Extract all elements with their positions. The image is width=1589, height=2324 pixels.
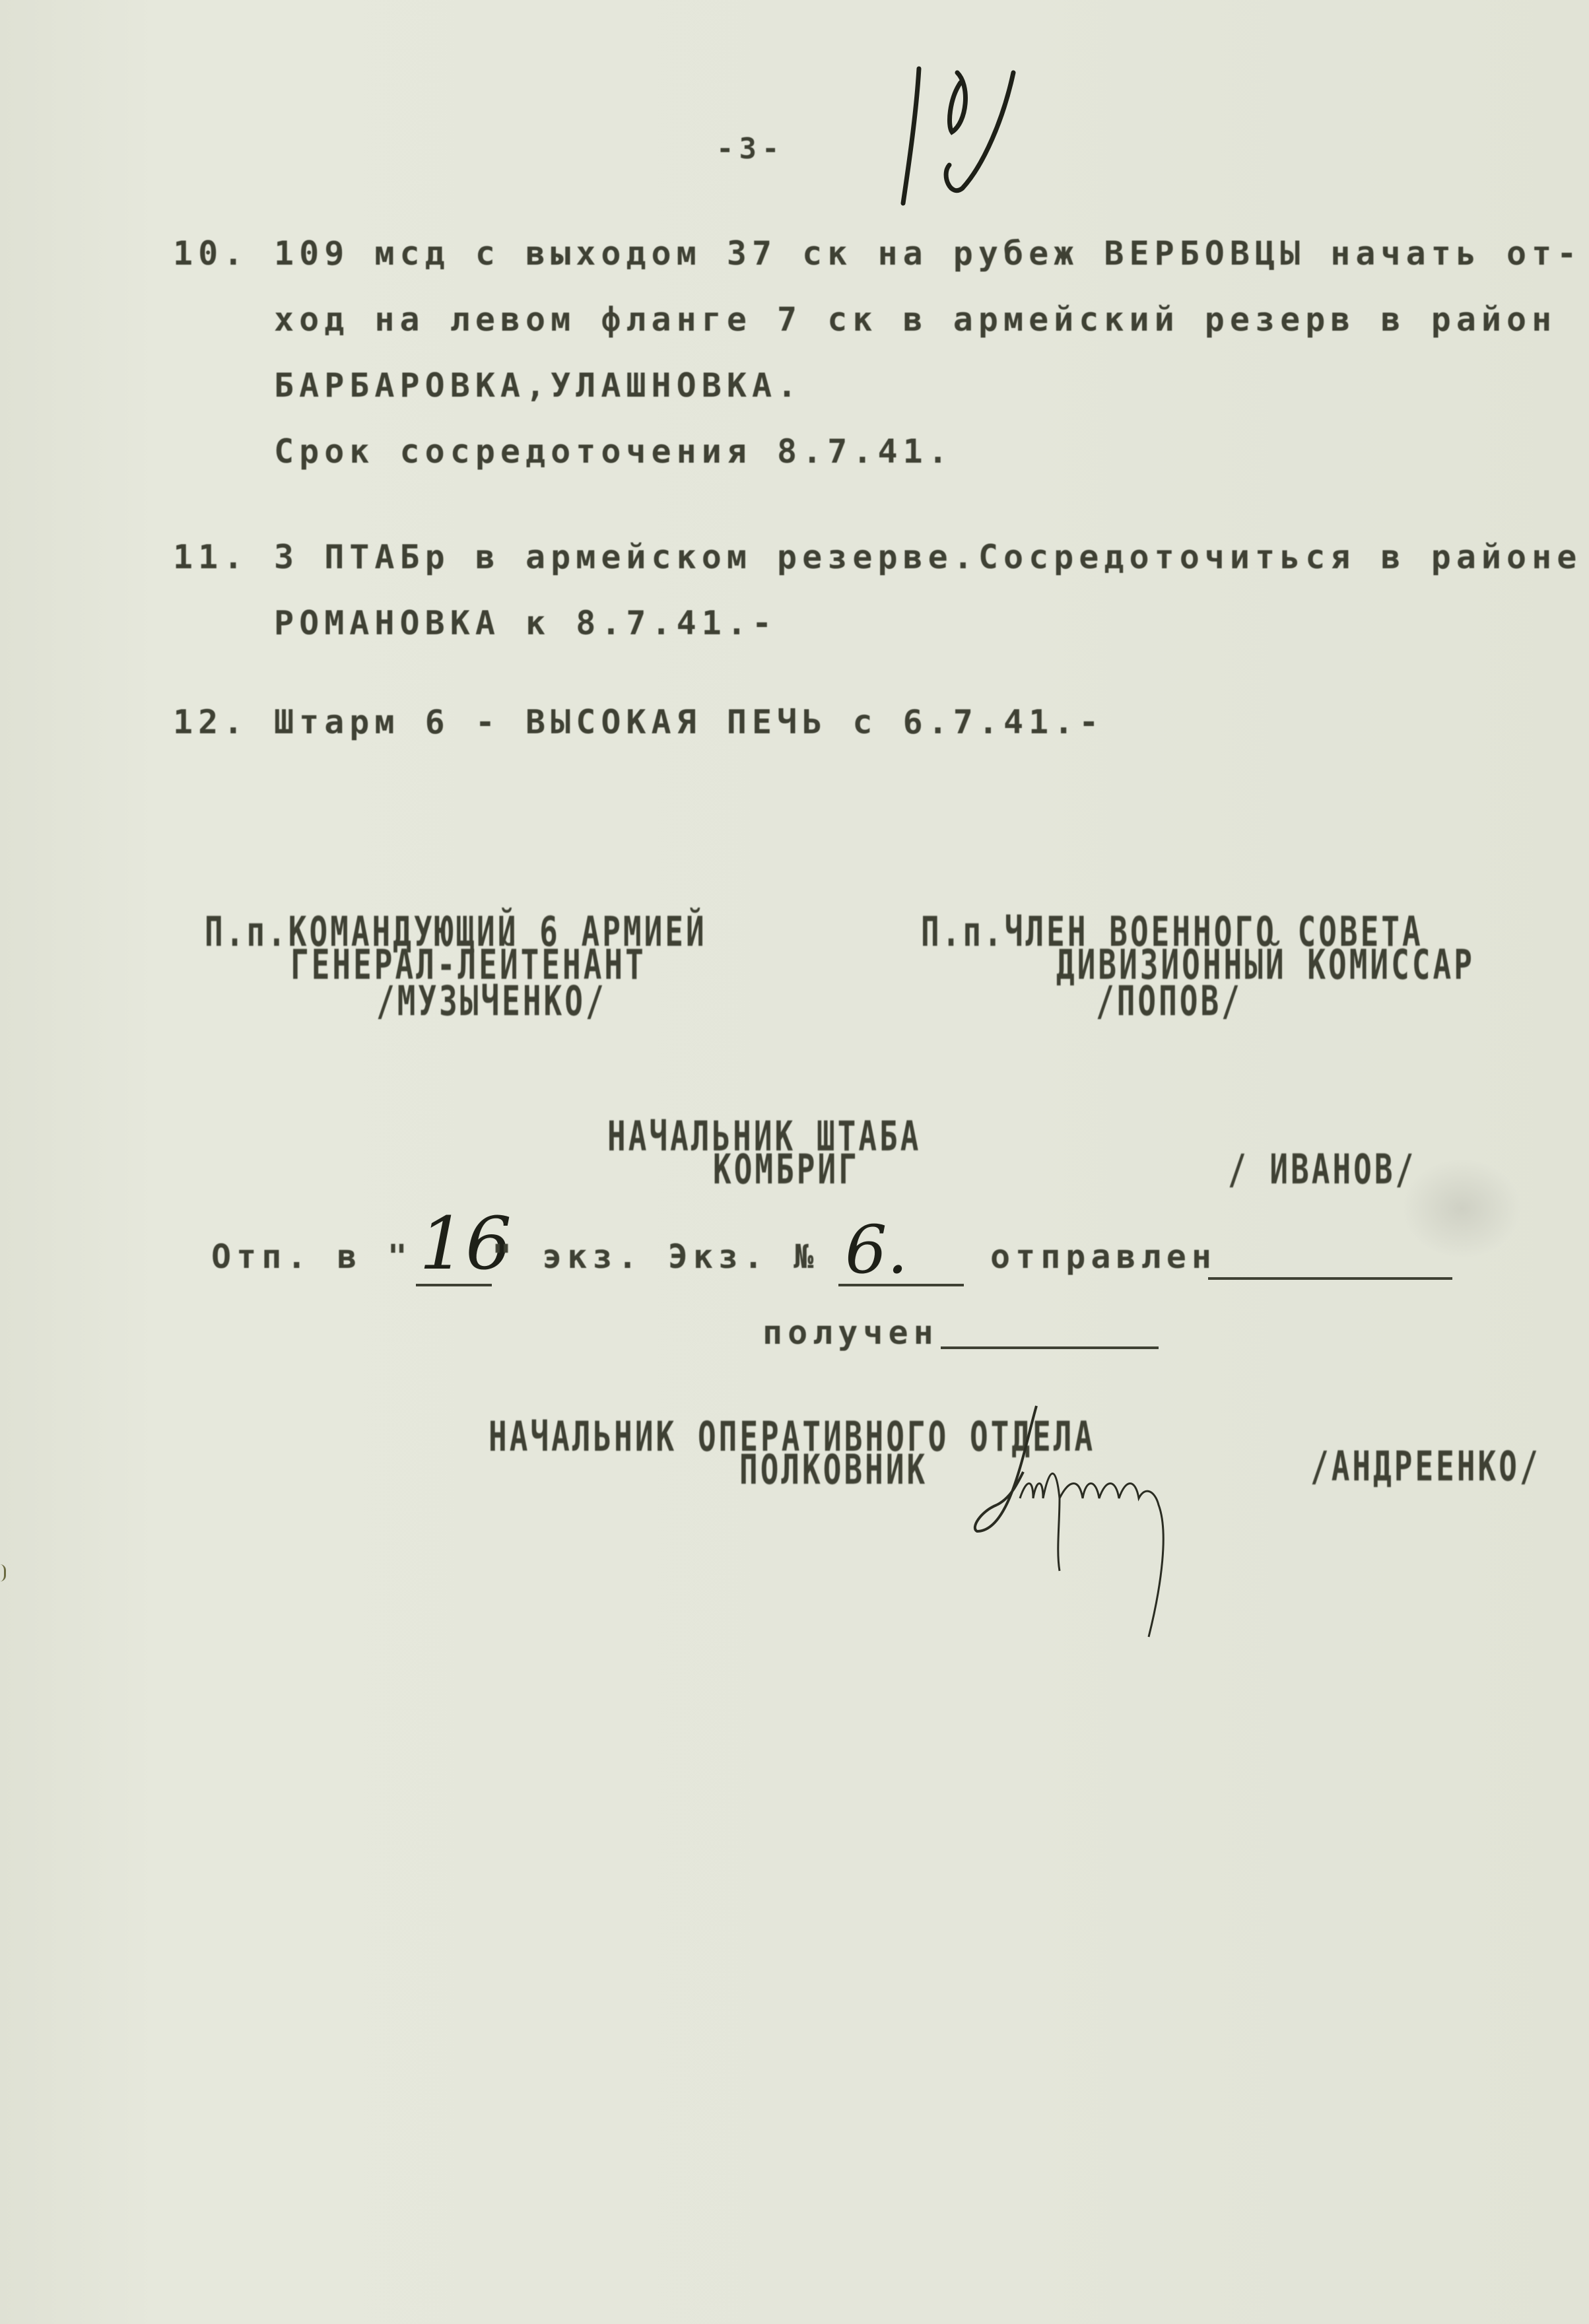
- copy-number-handwritten: 6.: [845, 1211, 908, 1288]
- item-10-line-1: 109 мсд с выходом 37 ск на рубеж ВЕРБОВЦ…: [274, 234, 1582, 273]
- item-11-number: 11.: [173, 538, 248, 576]
- sent-label: отправлен: [990, 1238, 1217, 1276]
- handwritten-signature: [951, 1399, 1320, 1650]
- edge-mark: [0, 1564, 6, 1581]
- received-label: получен: [762, 1313, 939, 1352]
- page-marker: -3-: [716, 132, 784, 166]
- item-12-line-1: Штарм 6 - ВЫСОКАЯ ПЕЧЬ с 6.7.41.-: [274, 703, 1104, 741]
- copy-number-underline: [838, 1284, 964, 1286]
- distribution-mid: " экз. Экз. №: [492, 1238, 819, 1276]
- chief-of-staff-title-2: КОМБРИГ: [713, 1145, 860, 1193]
- ops-chief-name: /АНДРЕЕНКО/: [1310, 1442, 1541, 1490]
- sheet-number-handwritten: [878, 59, 1030, 218]
- item-11-line-1: 3 ПТАБр в армейском резерве.Сосредоточит…: [274, 538, 1582, 576]
- received-blank-line: [941, 1346, 1159, 1349]
- item-12-number: 12.: [173, 703, 248, 741]
- council-member-name: /ПОПОВ/: [1096, 977, 1242, 1025]
- chief-of-staff-name: / ИВАНОВ/: [1228, 1145, 1416, 1193]
- sent-blank-line: [1208, 1277, 1452, 1280]
- copies-underline: [416, 1284, 492, 1286]
- distribution-prefix: Отп. в ": [211, 1238, 413, 1276]
- item-10-line-2: ход на левом фланге 7 ск в армейский рез…: [274, 300, 1557, 339]
- item-10-line-4: Срок сосредоточения 8.7.41.: [274, 432, 953, 471]
- item-10-line-3: БАРБАРОВКА,УЛАШНОВКА.: [274, 366, 802, 405]
- document-page: -3- 10. 109 мсд с выходом 37 ск на рубеж…: [0, 0, 1589, 2324]
- item-10-number: 10.: [173, 234, 248, 273]
- ops-chief-title-2: ПОЛКОВНИК: [739, 1445, 928, 1494]
- item-11-line-2: РОМАНОВКА к 8.7.41.-: [274, 604, 777, 642]
- commander-name: /МУЗЫЧЕНКО/: [376, 977, 607, 1025]
